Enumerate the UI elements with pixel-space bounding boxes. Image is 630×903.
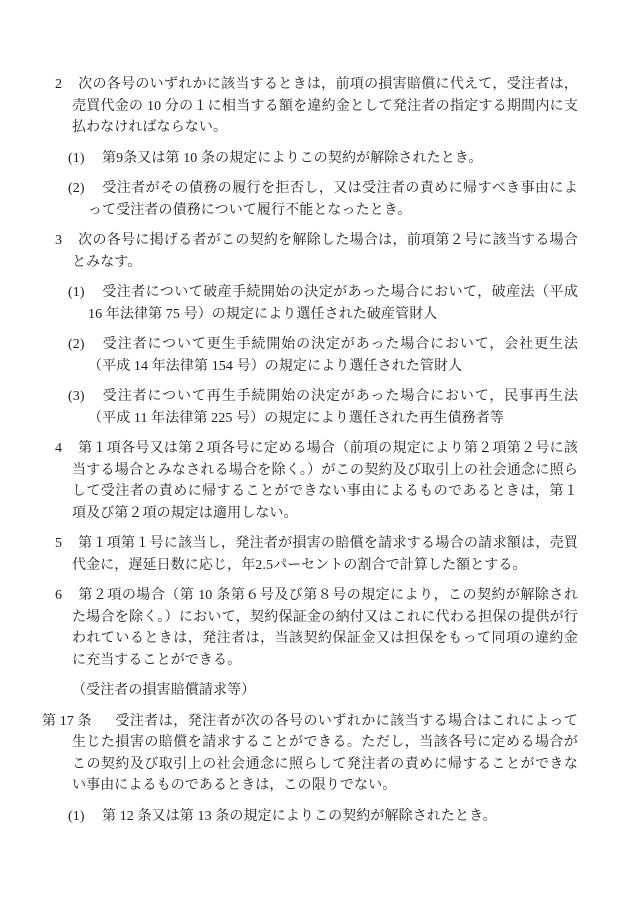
item-number: (1): [68, 806, 102, 828]
clause-item: (1)第9条又は第 10 条の規定によりこの契約が解除されたとき。: [55, 148, 578, 170]
clause-item: (3)受注者について再生手続開始の決定があった場合において，民事再生法（平成 1…: [55, 386, 578, 429]
article-number: 第 17 条: [42, 711, 115, 733]
clause-paragraph: 5第１項第１号に該当し，発注者が損害の賠償を請求する場合の請求額は，売買代金に，…: [55, 533, 578, 576]
item-text: 第 12 条又は第 13 条の規定によりこの契約が解除されたとき。: [102, 809, 497, 824]
clause-item: (1)第 12 条又は第 13 条の規定によりこの契約が解除されたとき。: [55, 806, 578, 828]
clause-text: 次の各号のいずれかに該当するときは，前項の損害賠償に代えて，受注者は，売買代金の…: [72, 77, 578, 135]
clause-paragraph: 3次の各号に掲げる者がこの契約を解除した場合は，前項第２号に該当する場合とみなす…: [55, 230, 578, 273]
item-number: (1): [68, 148, 102, 170]
clause-item: (2)受注者がその債務の履行を拒否し，又は受注者の責めに帰すべき事由によって受注…: [55, 178, 578, 221]
item-text: 受注者について破産手続開始の決定があった場合において，破産法（平成 16 年法律…: [88, 285, 578, 322]
clause-number: 4: [55, 438, 78, 460]
heading-text: （受注者の損害賠償請求等）: [72, 683, 255, 698]
section-heading: （受注者の損害賠償請求等）: [55, 680, 578, 702]
clause-paragraph: 2次の各号のいずれかに該当するときは，前項の損害賠償に代えて，受注者は，売買代金…: [55, 74, 578, 139]
clause-text: 第１項各号又は第２項各号に定める場合（前項の規定により第２項第２号に該当する場合…: [72, 441, 578, 521]
article-paragraph: 第 17 条受注者は，発注者が次の各号のいずれかに該当する場合はこれによって生じ…: [55, 711, 578, 797]
item-text: 受注者について更生手続開始の決定があった場合において，会社更生法（平成 14 年…: [88, 337, 578, 374]
item-number: (1): [68, 282, 102, 304]
item-number: (3): [68, 386, 102, 408]
clause-paragraph: 4第１項各号又は第２項各号に定める場合（前項の規定により第２項第２号に該当する場…: [55, 438, 578, 524]
clause-text: 第２項の場合（第 10 条第６号及び第８号の規定により，この契約が解除された場合…: [72, 588, 578, 668]
clause-item: (2)受注者について更生手続開始の決定があった場合において，会社更生法（平成 1…: [55, 334, 578, 377]
clause-number: 5: [55, 533, 78, 555]
item-text: 受注者がその債務の履行を拒否し，又は受注者の責めに帰すべき事由によって受注者の債…: [88, 181, 578, 218]
clause-text: 次の各号に掲げる者がこの契約を解除した場合は，前項第２号に該当する場合とみなす。: [72, 233, 578, 270]
clause-number: 3: [55, 230, 78, 252]
item-text: 受注者について再生手続開始の決定があった場合において，民事再生法（平成 11 年…: [88, 389, 578, 426]
item-number: (2): [68, 178, 102, 200]
document-page: 2次の各号のいずれかに該当するときは，前項の損害賠償に代えて，受注者は，売買代金…: [0, 0, 630, 903]
item-number: (2): [68, 334, 102, 356]
item-text: 第9条又は第 10 条の規定によりこの契約が解除されたとき。: [102, 151, 482, 166]
article-text: 受注者は，発注者が次の各号のいずれかに該当する場合はこれによって生じた損害の賠償…: [72, 714, 578, 794]
clause-number: 2: [55, 74, 78, 96]
clause-number: 6: [55, 585, 78, 607]
clause-paragraph: 6第２項の場合（第 10 条第６号及び第８号の規定により，この契約が解除された場…: [55, 585, 578, 671]
clause-text: 第１項第１号に該当し，発注者が損害の賠償を請求する場合の請求額は，売買代金に，遅…: [72, 536, 578, 573]
clause-item: (1)受注者について破産手続開始の決定があった場合において，破産法（平成 16 …: [55, 282, 578, 325]
document-content: 2次の各号のいずれかに該当するときは，前項の損害賠償に代えて，受注者は，売買代金…: [55, 74, 578, 836]
